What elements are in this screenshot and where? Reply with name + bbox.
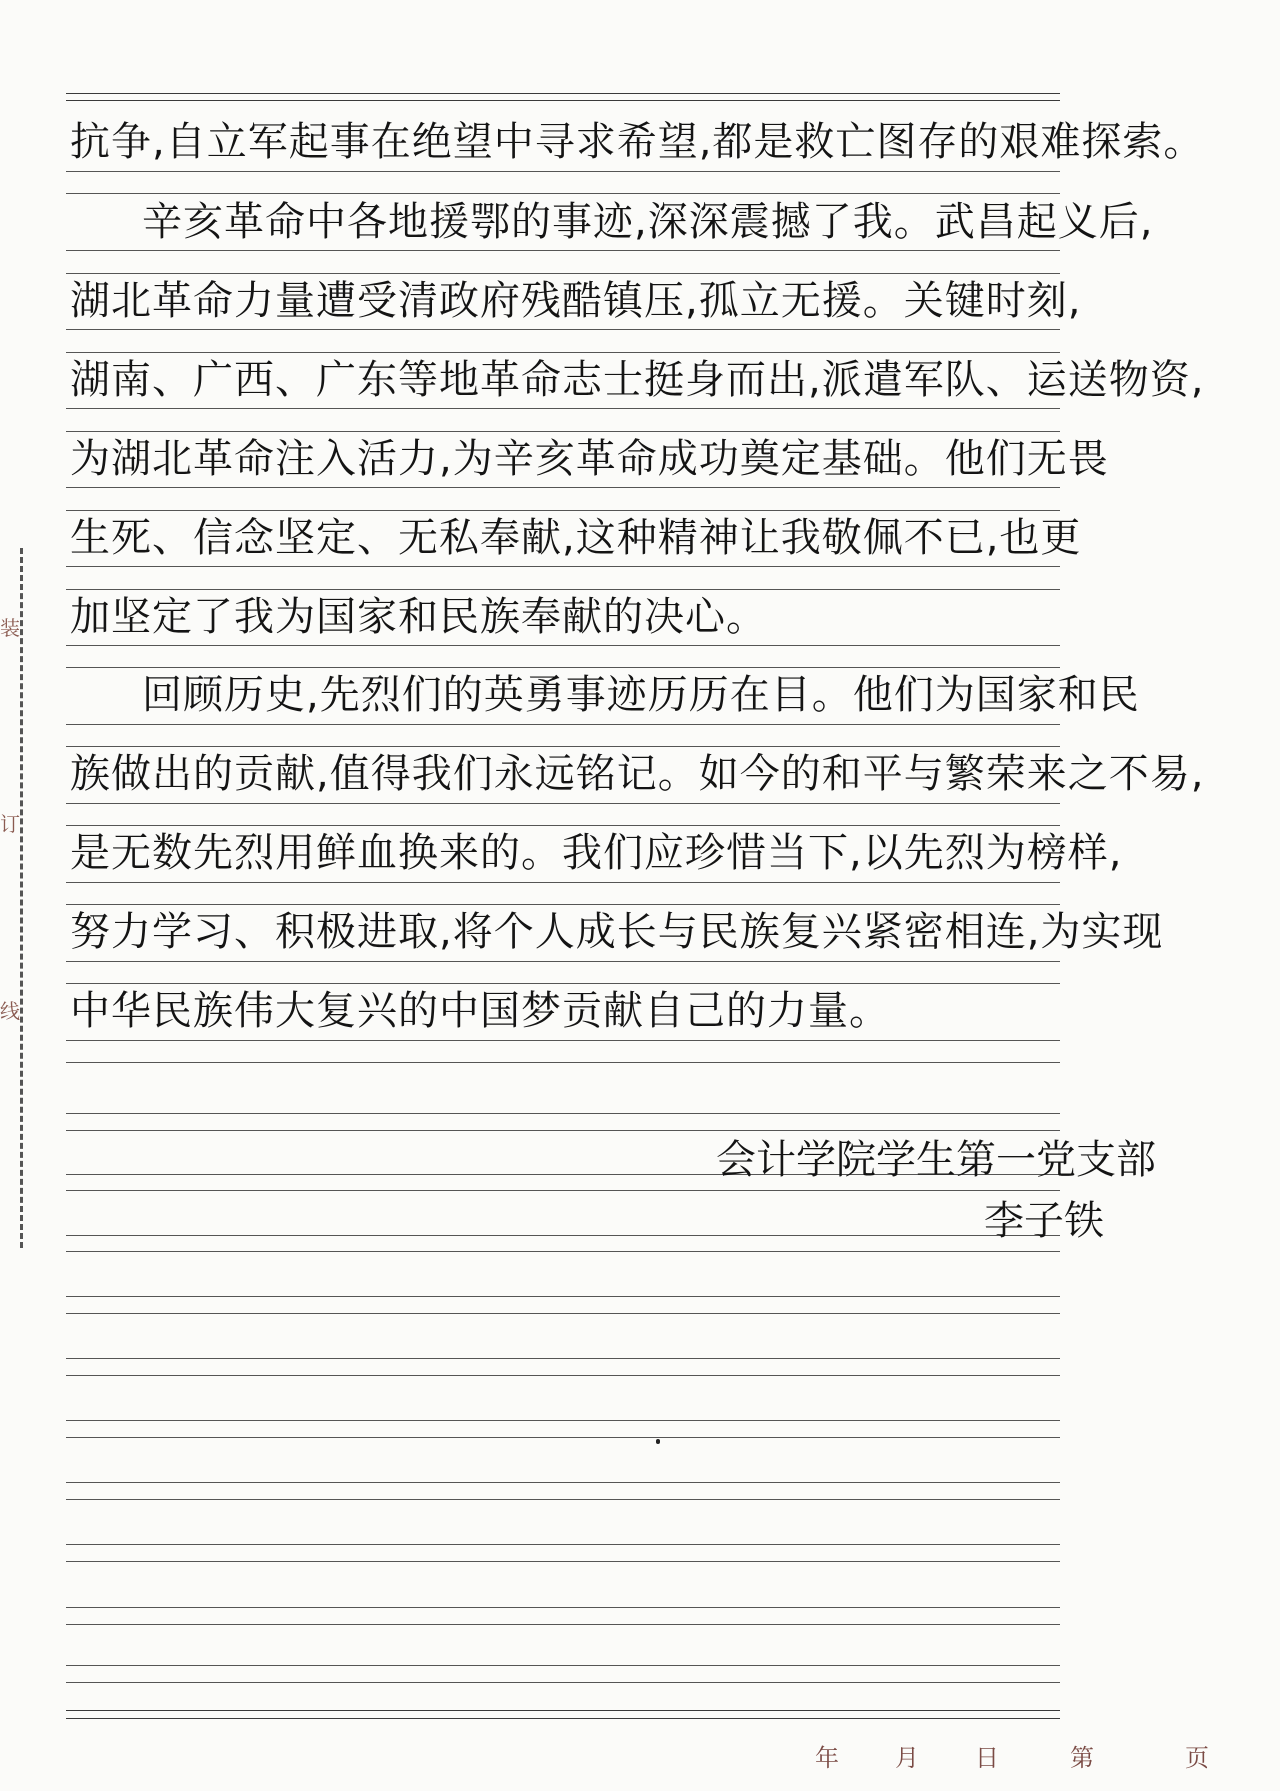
rule (66, 1062, 1060, 1063)
binding-dashed-line (20, 548, 23, 1248)
footer-page-prefix: 第 (1070, 1738, 1094, 1773)
rule (66, 1499, 1060, 1500)
text-line-9: 族做出的贡献,值得我们永远铭记。如今的和平与繁荣来之不易, (70, 744, 1150, 804)
text-line-1: 抗争,自立军起事在绝望中寻求希望,都是救亡图存的艰难探索。 (70, 112, 1150, 172)
binding-label-xian: 线 (0, 995, 20, 1024)
text-line-6: 生死、信念坚定、无私奉献,这种精神让我敬佩不已,也更 (70, 508, 1150, 568)
text-line-10: 是无数先烈用鲜血换来的。我们应珍惜当下,以先烈为榜样, (70, 823, 1150, 883)
binding-label-zhuang: 装 (0, 612, 20, 641)
rule (66, 1113, 1060, 1114)
rule (66, 1544, 1060, 1545)
signature-name: 李子铁 (984, 1193, 1104, 1249)
text-line-3: 湖北革命力量遭受清政府残酷镇压,孤立无援。关键时刻, (70, 271, 1150, 331)
rule (66, 1358, 1060, 1359)
text-line-5: 为湖北革命注入活力,为辛亥革命成功奠定基础。他们无畏 (70, 429, 1150, 489)
rule (66, 1313, 1060, 1314)
text-line-11: 努力学习、积极进取,将个人成长与民族复兴紧密相连,为实现 (70, 902, 1150, 962)
rule (66, 1665, 1060, 1666)
rule (66, 1607, 1060, 1608)
rule (66, 1624, 1060, 1625)
footer-page-suffix: 页 (1185, 1738, 1209, 1773)
rule (66, 1682, 1060, 1683)
ink-speck (656, 1439, 660, 1444)
binding-label-ding: 订 (0, 808, 20, 837)
rule (66, 1561, 1060, 1562)
rule (66, 1482, 1060, 1483)
text-line-8: 回顾历史,先烈们的英勇事迹历历在目。他们为国家和民 (70, 665, 1222, 725)
footer-day-label: 日 (975, 1738, 999, 1773)
text-line-2: 辛亥革命中各地援鄂的事迹,深深震撼了我。武昌起义后, (70, 192, 1222, 252)
bottom-rule-2 (66, 1718, 1060, 1719)
rule (66, 1251, 1060, 1252)
rule (66, 1437, 1060, 1438)
rule (66, 1130, 1060, 1131)
rule (66, 1235, 1060, 1236)
footer-year-label: 年 (815, 1738, 839, 1773)
signature-organization: 会计学院学生第一党支部 (716, 1132, 1156, 1188)
rule (66, 1420, 1060, 1421)
text-line-4: 湖南、广西、广东等地革命志士挺身而出,派遣军队、运送物资, (70, 350, 1150, 410)
page-footer: 年 月 日 第 页 (0, 1738, 1280, 1778)
text-line-7: 加坚定了我为国家和民族奉献的决心。 (70, 587, 1150, 647)
top-rule-2 (66, 100, 1060, 101)
rule (66, 1296, 1060, 1297)
footer-month-label: 月 (895, 1738, 919, 1773)
ruled-paper-page: 装 订 线 抗争,自立军起事在绝望中寻求希望,都是救亡图存的艰难探索 (0, 0, 1280, 1791)
bottom-rule-1 (66, 1710, 1060, 1711)
rule (66, 1375, 1060, 1376)
top-rule-1 (66, 93, 1060, 94)
text-line-12: 中华民族伟大复兴的中国梦贡献自己的力量。 (70, 981, 1150, 1041)
rule (66, 1190, 1060, 1191)
